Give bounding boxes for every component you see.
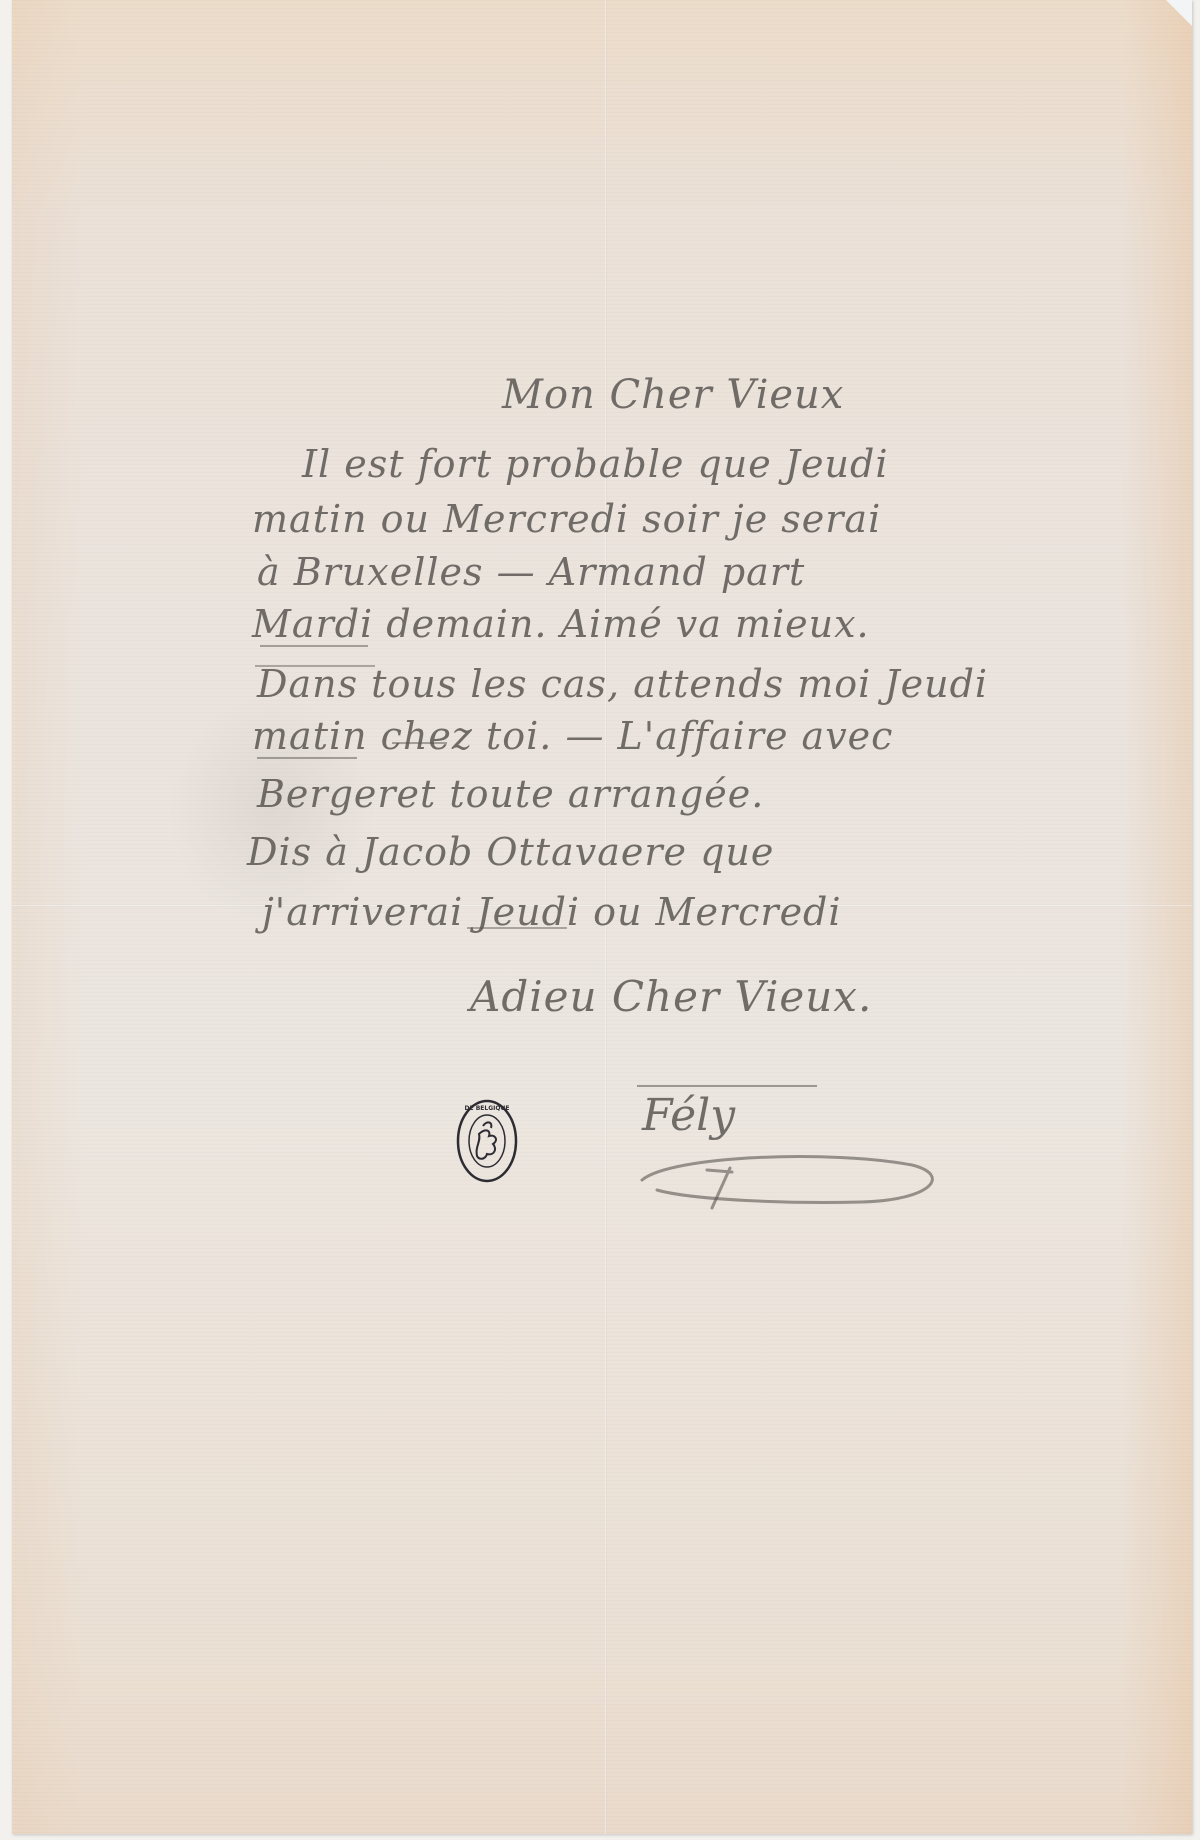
letter-line-5: Dans tous les cas, attends moi Jeudi (257, 662, 988, 706)
svg-text:DE BELGIQUE: DE BELGIQUE (465, 1105, 510, 1112)
letter-line-1: Il est fort probable que Jeudi (302, 442, 888, 486)
underline-mardi (260, 645, 368, 647)
underline-line-separator (255, 665, 375, 667)
signature: Fély (642, 1090, 735, 1141)
letter-body: Mon Cher Vieux Il est fort probable que … (12, 0, 1192, 1834)
letter-sheet: Mon Cher Vieux Il est fort probable que … (12, 0, 1192, 1834)
signature-rule (637, 1085, 817, 1087)
signature-flourish-icon (612, 1140, 952, 1210)
underline-jeudi (467, 927, 567, 929)
letter-line-7: Bergeret toute arrangée. (257, 772, 764, 816)
closing: Adieu Cher Vieux. (470, 972, 872, 1021)
letter-line-2: matin ou Mercredi soir je serai (252, 497, 881, 541)
letter-line-4: Mardi demain. Aimé va mieux. (252, 602, 870, 646)
signature-block: Fély (612, 1035, 952, 1205)
letter-line-8: Dis à Jacob Ottavaere que (247, 830, 774, 874)
letter-line-6: matin chez toi. — L'affaire avec (252, 714, 893, 758)
underline-matin-chez-toi (257, 757, 357, 759)
underline-toi (392, 742, 447, 744)
letter-line-3: à Bruxelles — Armand part (257, 550, 805, 594)
salutation: Mon Cher Vieux (502, 372, 844, 418)
library-stamp-icon: DE BELGIQUE (455, 1098, 519, 1184)
